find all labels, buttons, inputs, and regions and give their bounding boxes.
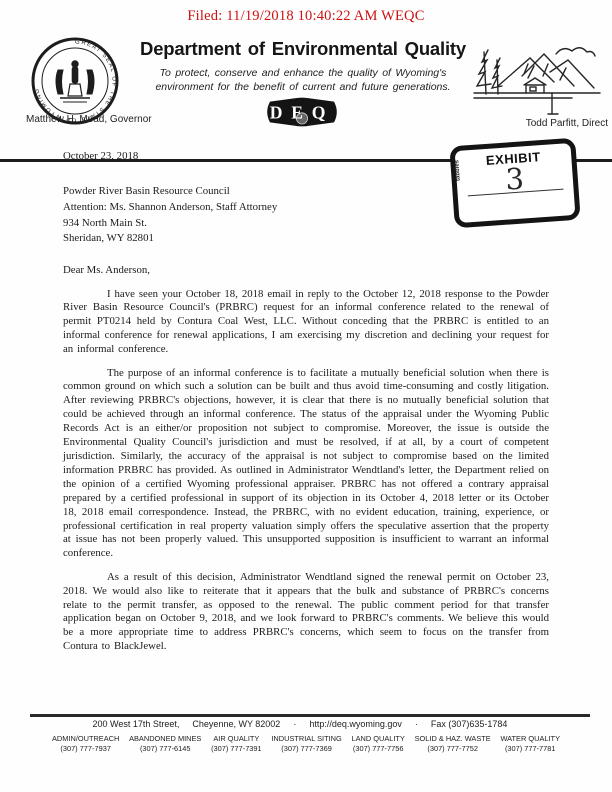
dept-phone: (307) 777-7369 [271, 744, 341, 754]
dept-phone: (307) 777-7781 [500, 744, 560, 754]
dept-land-quality: LAND QUALITY (307) 777-7756 [351, 734, 404, 753]
footer-departments: ADMIN/OUTREACH (307) 777-7937 ABANDONED … [52, 734, 560, 753]
footer-separator: · [293, 719, 296, 729]
deq-logo-text: DEQ [270, 102, 335, 122]
governor-name: Matthew H. Mead, Governor [26, 114, 152, 125]
dept-phone: (307) 777-7391 [211, 744, 262, 754]
footer-url: http://deq.wyoming.gov [309, 719, 402, 729]
tagline-line1: To protect, conserve and enhance the qua… [118, 66, 488, 80]
dept-water-quality: WATER QUALITY (307) 777-7781 [500, 734, 560, 753]
filed-notice: Filed: 11/19/2018 10:40:22 AM WEQC [0, 8, 612, 25]
recipient-address: Powder River Basin Resource Council Atte… [63, 184, 549, 247]
dept-solid-haz-waste: SOLID & HAZ. WASTE (307) 777-7752 [415, 734, 491, 753]
dept-name: ADMIN/OUTREACH [52, 734, 119, 744]
director-name: Todd Parfitt, Direct [526, 118, 608, 129]
dept-admin-outreach: ADMIN/OUTREACH (307) 777-7937 [52, 734, 119, 753]
dept-phone: (307) 777-7752 [415, 744, 491, 754]
letter-date: October 23, 2018 [63, 150, 549, 164]
footer-divider [30, 714, 590, 717]
dept-name: WATER QUALITY [500, 734, 560, 744]
dept-industrial-siting: INDUSTRIAL SITING (307) 777-7369 [271, 734, 341, 753]
dept-name: AIR QUALITY [211, 734, 262, 744]
recipient-line: Attention: Ms. Shannon Anderson, Staff A… [63, 200, 549, 216]
footer-fax: Fax (307)635-1784 [431, 719, 508, 729]
agency-title: Department of Environmental Quality [118, 38, 488, 60]
dept-name: INDUSTRIAL SITING [271, 734, 341, 744]
paragraph-3: As a result of this decision, Administra… [63, 571, 549, 654]
footer-separator: · [415, 719, 418, 729]
dept-air-quality: AIR QUALITY (307) 777-7391 [211, 734, 262, 753]
dept-name: ABANDONED MINES [129, 734, 201, 744]
recipient-line: Sheridan, WY 82801 [63, 231, 549, 247]
mountain-landscape-icon [468, 38, 604, 118]
seal-figures [56, 61, 94, 102]
letterhead: GREAT SEAL OF THE STATE OF WYOMING Depar… [0, 30, 612, 132]
tagline-line2: environment for the benefit of current a… [118, 80, 488, 94]
footer-street: 200 West 17th Street, [93, 719, 180, 729]
agency-tagline: To protect, conserve and enhance the qua… [118, 66, 488, 94]
dept-name: SOLID & HAZ. WASTE [415, 734, 491, 744]
dept-abandoned-mines: ABANDONED MINES (307) 777-6145 [129, 734, 201, 753]
recipient-line: 934 North Main St. [63, 216, 549, 232]
footer-address-line: 200 West 17th Street, Cheyenne, WY 82002… [40, 719, 560, 729]
letter-body: October 23, 2018 Powder River Basin Reso… [63, 150, 549, 654]
letterhead-center: Department of Environmental Quality To p… [118, 38, 488, 94]
salutation: Dear Ms. Anderson, [63, 264, 549, 278]
paragraph-2: The purpose of an informal conference is… [63, 367, 549, 562]
deq-logo-icon: DEQ [262, 96, 342, 128]
footer-city: Cheyenne, WY 82002 [192, 719, 280, 729]
wyoming-state-seal-icon: GREAT SEAL OF THE STATE OF WYOMING [30, 36, 120, 126]
dept-phone: (307) 777-7756 [351, 744, 404, 754]
recipient-line: Powder River Basin Resource Council [63, 184, 549, 200]
dept-phone: (307) 777-7937 [52, 744, 119, 754]
dept-name: LAND QUALITY [351, 734, 404, 744]
dept-phone: (307) 777-6145 [129, 744, 201, 754]
paragraph-1: I have seen your October 18, 2018 email … [63, 288, 549, 358]
